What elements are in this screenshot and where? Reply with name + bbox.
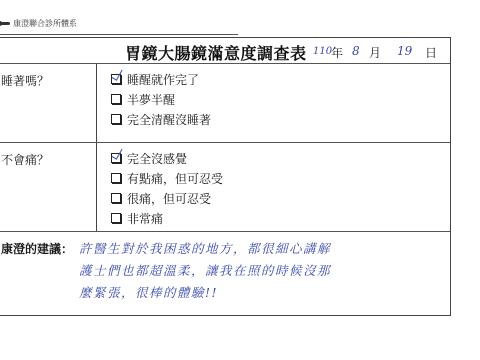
question-pain-label: 不會痛？ xyxy=(1,151,49,168)
checkbox-icon[interactable] xyxy=(111,114,121,124)
option-extremely-painful[interactable]: 非常痛 xyxy=(111,208,223,228)
question-pain-row: 不會痛？ 完全沒感覺 有點痛，但可忍受 很痛，但可忍受 非常痛 xyxy=(0,142,450,231)
clinic-logo-icon xyxy=(0,22,10,25)
organization-name: 康澄聯合診所體系 xyxy=(13,18,77,29)
option-label: 有點痛，但可忍受 xyxy=(127,170,223,187)
option-label: 完全沒感覺 xyxy=(127,150,187,167)
option-label: 很痛，但可忍受 xyxy=(127,190,211,207)
suggestion-line: 麼緊張，很棒的體驗!! xyxy=(79,282,359,304)
date-year-label: 年 xyxy=(331,44,343,61)
checkbox-checked-icon[interactable] xyxy=(111,153,121,163)
suggestion-row: 康澄的建議： 許醫生對於我困惑的地方，都很細心講解 護士們也都超溫柔，讓我在照的… xyxy=(0,231,450,316)
checkbox-icon[interactable] xyxy=(111,193,121,203)
handwritten-suggestion: 許醫生對於我困惑的地方，都很細心講解 護士們也都超溫柔，讓我在照的時候沒那 麼緊… xyxy=(79,238,359,304)
question-sleep-label: 睡著嗎？ xyxy=(1,72,49,89)
checkbox-checked-icon[interactable] xyxy=(111,74,121,84)
option-half-asleep[interactable]: 半夢半醒 xyxy=(111,89,211,109)
option-fully-awake[interactable]: 完全清醒沒睡著 xyxy=(111,109,211,129)
question-pain-options: 完全沒感覺 有點痛，但可忍受 很痛，但可忍受 非常痛 xyxy=(111,148,223,228)
checkbox-icon[interactable] xyxy=(111,213,121,223)
option-label: 非常痛 xyxy=(127,210,163,227)
header-divider xyxy=(0,34,238,35)
option-label: 完全清醒沒睡著 xyxy=(127,111,211,128)
option-asleep-done[interactable]: 睡醒就作完了 xyxy=(111,69,211,89)
option-label: 半夢半醒 xyxy=(127,91,175,108)
date-day-label: 日 xyxy=(425,44,437,61)
suggestion-label: 康澄的建議： xyxy=(1,240,73,257)
form-title: 胃鏡大腸鏡滿意度調查表 xyxy=(125,41,307,64)
checkbox-icon[interactable] xyxy=(111,173,121,183)
column-divider xyxy=(96,143,97,231)
survey-form-table: 胃鏡大腸鏡滿意度調查表 110 年 8 月 19 日 睡著嗎？ 睡醒就作完了 半… xyxy=(0,37,451,316)
question-sleep-row: 睡著嗎？ 睡醒就作完了 半夢半醒 完全清醒沒睡著 xyxy=(0,63,450,142)
suggestion-line: 護士們也都超溫柔，讓我在照的時候沒那 xyxy=(79,260,359,282)
date-day-value: 19 xyxy=(397,44,412,58)
option-label: 睡醒就作完了 xyxy=(127,71,199,88)
option-slight-pain[interactable]: 有點痛，但可忍受 xyxy=(111,168,223,188)
organization-header: 康澄聯合診所體系 xyxy=(0,18,77,29)
title-row: 胃鏡大腸鏡滿意度調查表 110 年 8 月 19 日 xyxy=(0,38,450,63)
date-month-label: 月 xyxy=(369,44,381,61)
column-divider xyxy=(96,64,97,142)
question-sleep-options: 睡醒就作完了 半夢半醒 完全清醒沒睡著 xyxy=(111,69,211,129)
date-month-value: 8 xyxy=(352,44,360,58)
checkbox-icon[interactable] xyxy=(111,94,121,104)
date-year-value: 110 xyxy=(313,46,332,57)
option-very-painful-tolerable[interactable]: 很痛，但可忍受 xyxy=(111,188,223,208)
suggestion-line: 許醫生對於我困惑的地方，都很細心講解 xyxy=(79,238,359,260)
option-no-feeling[interactable]: 完全沒感覺 xyxy=(111,148,223,168)
